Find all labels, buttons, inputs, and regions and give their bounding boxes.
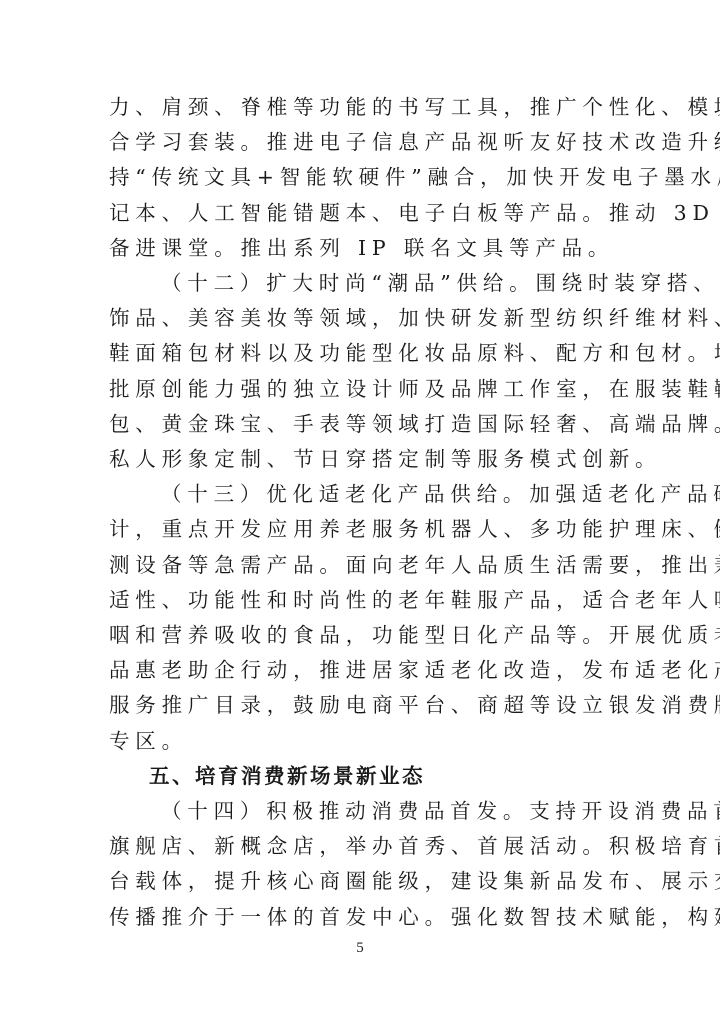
- text-line: 私人形象定制、节日穿搭定制等服务模式创新。: [109, 442, 613, 477]
- text-line: 计，重点开发应用养老服务机器人、多功能护理床、健康监: [109, 512, 613, 547]
- text-line: 适性、功能性和时尚性的老年鞋服产品，适合老年人咀嚼吞: [109, 583, 613, 618]
- text-line: 测设备等急需产品。面向老年人品质生活需要，推出兼具舒: [109, 548, 613, 583]
- text-line: 传播推介于一体的首发中心。强化数智技术赋能，构建“线: [109, 900, 613, 935]
- text-line: 专区。: [109, 724, 613, 759]
- text-line: 记本、人工智能错题本、电子白板等产品。推动 3D 打印设: [109, 196, 613, 231]
- text-line: （十三）优化适老化产品供给。加强适老化产品研发设: [109, 477, 613, 512]
- paragraph-item-14: （十四）积极推动消费品首发。支持开设消费品首店、 旗舰店、新概念店，举办首秀、首…: [109, 794, 613, 935]
- document-page: 力、肩颈、脊椎等功能的书写工具，推广个性化、模块化组 合学习套装。推进电子信息产…: [0, 0, 720, 1018]
- section-heading: 五、培育消费新场景新业态: [109, 759, 613, 794]
- text-line: 品惠老助企行动，推进居家适老化改造，发布适老化产品和: [109, 653, 613, 688]
- paragraph-continuation: 力、肩颈、脊椎等功能的书写工具，推广个性化、模块化组 合学习套装。推进电子信息产…: [109, 90, 613, 266]
- text-line: 合学习套装。推进电子信息产品视听友好技术改造升级，支: [109, 125, 613, 160]
- body-text: 力、肩颈、脊椎等功能的书写工具，推广个性化、模块化组 合学习套装。推进电子信息产…: [109, 90, 613, 935]
- text-line: 持“传统文具+智能软硬件”融合，加快开发电子墨水屏笔: [109, 160, 613, 195]
- text-line: 批原创能力强的独立设计师及品牌工作室，在服装鞋靴、箱: [109, 372, 613, 407]
- text-line: 力、肩颈、脊椎等功能的书写工具，推广个性化、模块化组: [109, 90, 613, 125]
- text-line: 包、黄金珠宝、手表等领域打造国际轻奢、高端品牌。鼓励: [109, 407, 613, 442]
- text-line: 咽和营养吸收的食品，功能型日化产品等。开展优质老年用: [109, 618, 613, 653]
- text-line: 服务推广目录，鼓励电商平台、商超等设立银发消费版面或: [109, 688, 613, 723]
- text-line: 饰品、美容美妆等领域，加快研发新型纺织纤维材料、环保: [109, 301, 613, 336]
- text-line: 台载体，提升核心商圈能级，建设集新品发布、展示交易、: [109, 864, 613, 899]
- page-number: 5: [0, 940, 720, 957]
- text-line: 备进课堂。推出系列 IP 联名文具等产品。: [109, 231, 613, 266]
- text-line: 旗舰店、新概念店，举办首秀、首展活动。积极培育首发平: [109, 829, 613, 864]
- text-line: （十二）扩大时尚“潮品”供给。围绕时装穿搭、艺术: [109, 266, 613, 301]
- paragraph-item-13: （十三）优化适老化产品供给。加强适老化产品研发设 计，重点开发应用养老服务机器人…: [109, 477, 613, 759]
- paragraph-item-12: （十二）扩大时尚“潮品”供给。围绕时装穿搭、艺术 饰品、美容美妆等领域，加快研发…: [109, 266, 613, 477]
- text-line: 鞋面箱包材料以及功能型化妆品原料、配方和包材。培育一: [109, 336, 613, 371]
- text-line: （十四）积极推动消费品首发。支持开设消费品首店、: [109, 794, 613, 829]
